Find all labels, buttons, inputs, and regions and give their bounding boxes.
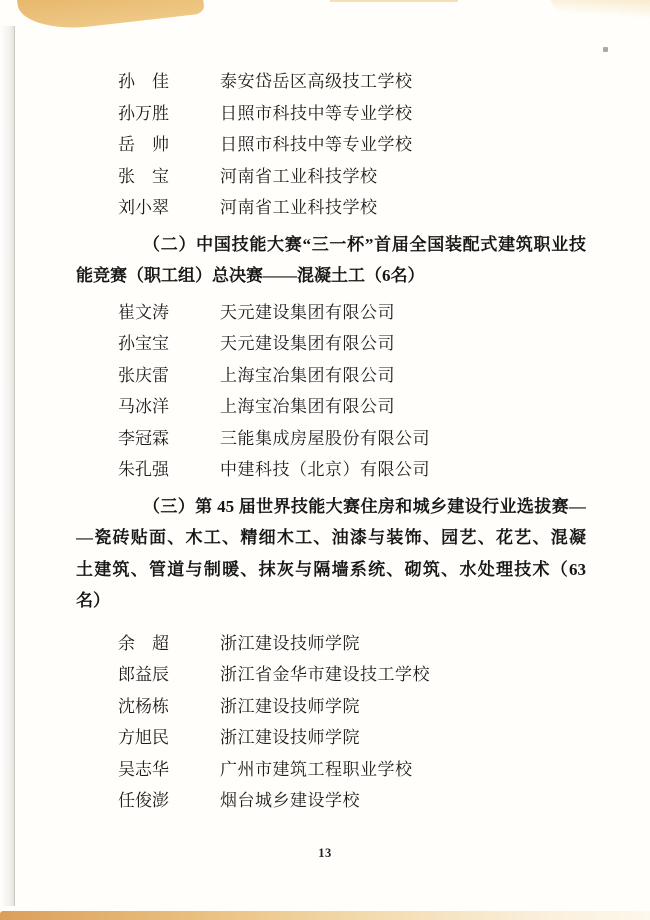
organization-name: 烟台城乡建设学校: [220, 785, 360, 817]
roster-row: 朱孔强中建科技（北京）有限公司: [0, 454, 650, 486]
roster-list: 余 超浙江建设技师学院郎益辰浙江省金华市建设技工学校沈杨栋浙江建设技师学院方旭民…: [0, 628, 650, 817]
organization-name: 天元建设集团有限公司: [220, 328, 395, 360]
organization-name: 河南省工业科技学校: [220, 192, 378, 224]
organization-name: 日照市科技中等专业学校: [220, 98, 413, 130]
contestant-name: 余 超: [118, 628, 169, 660]
organization-name: 日照市科技中等专业学校: [220, 129, 413, 161]
organization-name: 三能集成房屋股份有限公司: [220, 423, 430, 455]
contestant-name: 吴志华: [118, 754, 169, 786]
roster-row: 郎益辰浙江省金华市建设技工学校: [0, 659, 650, 691]
scan-edge-top-middle: [330, 0, 458, 2]
roster-row: 张庆雷上海宝冶集团有限公司: [0, 360, 650, 392]
contestant-name: 张 宝: [118, 161, 169, 193]
roster-row: 刘小翠河南省工业科技学校: [0, 192, 650, 224]
organization-name: 上海宝冶集团有限公司: [220, 360, 395, 392]
scan-edge-top-right: [547, 0, 650, 20]
roster-list: 孙 佳泰安岱岳区高级技工学校孙万胜日照市科技中等专业学校岳 帅日照市科技中等专业…: [0, 66, 650, 224]
scan-edge-top-left: [16, 0, 205, 34]
organization-name: 浙江省金华市建设技工学校: [220, 659, 430, 691]
contestant-name: 马冰洋: [118, 391, 169, 423]
organization-name: 上海宝冶集团有限公司: [220, 391, 395, 423]
roster-row: 李冠霖三能集成房屋股份有限公司: [0, 423, 650, 455]
roster-row: 沈杨栋浙江建设技师学院: [0, 691, 650, 723]
contestant-name: 孙万胜: [118, 98, 169, 130]
section-heading-line: （二）中国技能大赛“三一杯”首届全国装配式建筑职业技: [76, 229, 586, 261]
contestant-name: 李冠霖: [118, 423, 169, 455]
roster-row: 孙 佳泰安岱岳区高级技工学校: [0, 66, 650, 98]
organization-name: 河南省工业科技学校: [220, 161, 378, 193]
roster-row: 张 宝河南省工业科技学校: [0, 161, 650, 193]
contestant-name: 郎益辰: [118, 659, 169, 691]
contestant-name: 刘小翠: [118, 192, 169, 224]
section-heading: （三）第 45 届世界技能大赛住房和城乡建设行业选拔赛——瓷砖贴面、木工、精细木…: [0, 491, 650, 617]
section-heading-line: （三）第 45 届世界技能大赛住房和城乡建设行业选拔赛—: [76, 491, 586, 523]
document-page: 孙 佳泰安岱岳区高级技工学校孙万胜日照市科技中等专业学校岳 帅日照市科技中等专业…: [0, 0, 650, 920]
section-heading-line: 土建筑、管道与制暖、抹灰与隔墙系统、砌筑、水处理技术（63: [76, 554, 586, 586]
scan-edge-bottom: [0, 911, 650, 920]
section-heading-line: —瓷砖贴面、木工、精细木工、油漆与装饰、园艺、花艺、混凝: [76, 522, 586, 554]
contestant-name: 孙 佳: [118, 66, 169, 98]
roster-row: 吴志华广州市建筑工程职业学校: [0, 754, 650, 786]
roster-content: 孙 佳泰安岱岳区高级技工学校孙万胜日照市科技中等专业学校岳 帅日照市科技中等专业…: [0, 66, 650, 817]
organization-name: 浙江建设技师学院: [220, 691, 360, 723]
organization-name: 浙江建设技师学院: [220, 722, 360, 754]
contestant-name: 崔文涛: [118, 297, 169, 329]
section-heading: （二）中国技能大赛“三一杯”首届全国装配式建筑职业技能竞赛（职工组）总决赛——混…: [0, 229, 650, 292]
section-heading-line: 能竞赛（职工组）总决赛——混凝土工（6名）: [76, 260, 586, 292]
scan-speck: [603, 47, 608, 52]
contestant-name: 方旭民: [118, 722, 169, 754]
organization-name: 天元建设集团有限公司: [220, 297, 395, 329]
organization-name: 泰安岱岳区高级技工学校: [220, 66, 413, 98]
page-number: 13: [0, 846, 650, 862]
organization-name: 中建科技（北京）有限公司: [220, 454, 430, 486]
roster-list: 崔文涛天元建设集团有限公司孙宝宝天元建设集团有限公司张庆雷上海宝冶集团有限公司马…: [0, 297, 650, 486]
contestant-name: 岳 帅: [118, 129, 169, 161]
roster-row: 任俊澎烟台城乡建设学校: [0, 785, 650, 817]
roster-row: 岳 帅日照市科技中等专业学校: [0, 129, 650, 161]
organization-name: 广州市建筑工程职业学校: [220, 754, 413, 786]
roster-row: 余 超浙江建设技师学院: [0, 628, 650, 660]
section-heading-line: 名）: [76, 585, 586, 617]
roster-row: 崔文涛天元建设集团有限公司: [0, 297, 650, 329]
contestant-name: 沈杨栋: [118, 691, 169, 723]
roster-row: 孙万胜日照市科技中等专业学校: [0, 98, 650, 130]
roster-row: 方旭民浙江建设技师学院: [0, 722, 650, 754]
roster-row: 马冰洋上海宝冶集团有限公司: [0, 391, 650, 423]
contestant-name: 张庆雷: [118, 360, 169, 392]
organization-name: 浙江建设技师学院: [220, 628, 360, 660]
contestant-name: 朱孔强: [118, 454, 169, 486]
roster-row: 孙宝宝天元建设集团有限公司: [0, 328, 650, 360]
contestant-name: 孙宝宝: [118, 328, 169, 360]
contestant-name: 任俊澎: [118, 785, 169, 817]
